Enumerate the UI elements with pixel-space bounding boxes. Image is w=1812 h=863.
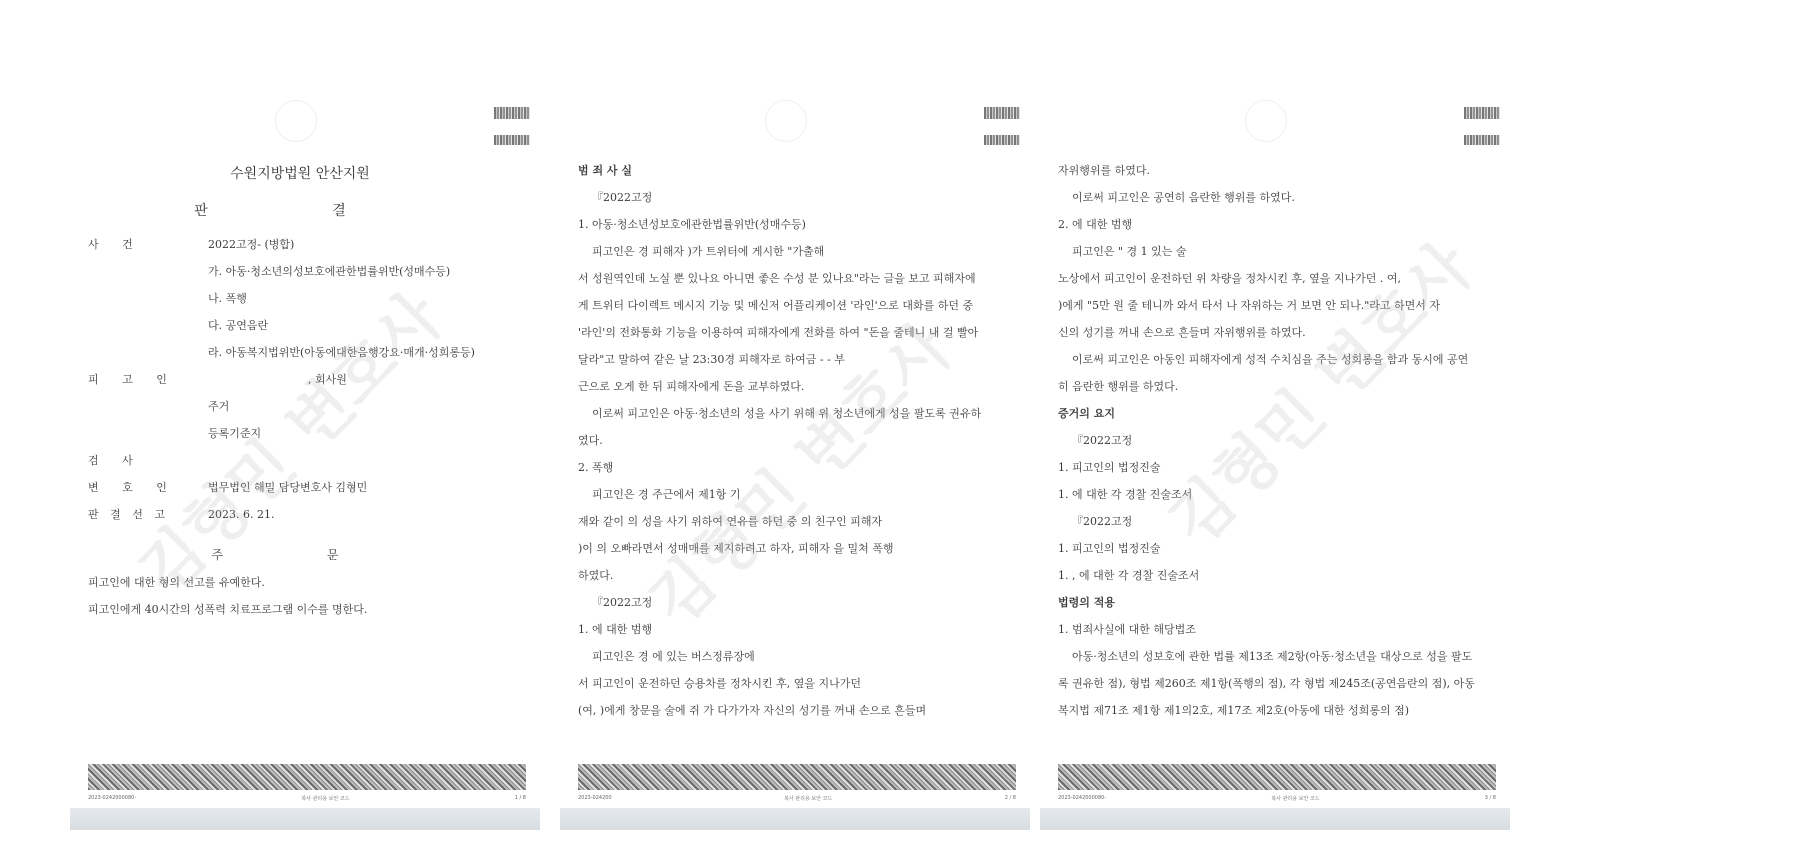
page-body: 자위행위를 하였다.이로써 피고인은 공연히 음란한 행위를 하였다.2. 에 … bbox=[1058, 157, 1482, 724]
text-line: 피고인은 경 에 있는 버스정류장에 bbox=[578, 643, 1002, 670]
page-footer: 2023-0242000080- 복사 관리용 보안 코드 3 / 8 bbox=[1058, 795, 1496, 802]
case-number: 2022고정- (병합) bbox=[208, 231, 294, 258]
court-name: 수원지방법원 안산지원 bbox=[88, 157, 512, 191]
page-footer: 2023-0242000080- 복사 관리용 보안 코드 1 / 8 bbox=[88, 795, 526, 802]
text-line: 1. 피고인의 법정진술 bbox=[1058, 535, 1482, 562]
footer-center-text: 복사 관리용 보안 코드 bbox=[1271, 795, 1319, 802]
text-line: 2. 폭행 bbox=[578, 454, 1002, 481]
text-line: 였다. bbox=[578, 427, 1002, 454]
document-number: 2023-0242000080- bbox=[1058, 795, 1106, 802]
barcode-icon bbox=[494, 135, 530, 145]
order-line: 피고인에 대한 형의 선고를 유예한다. bbox=[88, 569, 512, 596]
verdict-date-label: 판 결 선 고 bbox=[88, 501, 208, 528]
text-line: 이로써 피고인은 공연히 음란한 행위를 하였다. bbox=[1058, 184, 1482, 211]
text-line: 1. , 에 대한 각 경찰 진술조서 bbox=[1058, 562, 1482, 589]
text-line: '라인'의 전화통화 기능을 이용하여 피해자에게 전화를 하여 "돈을 줄테니… bbox=[578, 319, 1002, 346]
text-line: 히 음란한 행위를 하였다. bbox=[1058, 373, 1482, 400]
text-line: 재와 같이 의 성을 사기 위하여 연유를 하던 중 의 친구인 피해자 bbox=[578, 508, 1002, 535]
defendant-label: 피 고 인 bbox=[88, 366, 208, 393]
order-line: 피고인에게 40시간의 성폭력 치료프로그램 이수를 명한다. bbox=[88, 596, 512, 623]
text-line: 『2022고정 bbox=[578, 184, 1002, 211]
text-line: 범 죄 사 실 bbox=[578, 157, 1002, 184]
text-line: (여, )에게 창문을 술에 쥐 가 다가가자 자신의 성기를 꺼내 손으로 흔… bbox=[578, 697, 1002, 724]
text-line: 게 트위터 다이렉트 메시지 기능 및 메신저 어플리케이션 '라인'으로 대화… bbox=[578, 292, 1002, 319]
text-line: 자위행위를 하였다. bbox=[1058, 157, 1482, 184]
text-line: 피고인은 " 경 1 있는 술 bbox=[1058, 238, 1482, 265]
charge: 나. 폭행 bbox=[88, 285, 512, 312]
footer-center-text: 복사 관리용 보안 코드 bbox=[784, 795, 832, 802]
address-label: 주거 bbox=[88, 393, 512, 420]
charge: 다. 공연음란 bbox=[88, 312, 512, 339]
text-line: 1. 에 대한 각 경찰 진술조서 bbox=[1058, 481, 1482, 508]
text-line: 증거의 요지 bbox=[1058, 400, 1482, 427]
text-line: )이 의 오빠라면서 성매매를 제지하려고 하자, 피해자 을 밀쳐 폭행 bbox=[578, 535, 1002, 562]
text-line: 이로써 피고인은 아동인 피해자에게 성적 수치심을 주는 성희롱을 함과 동시… bbox=[1058, 346, 1482, 373]
text-line: 복지법 제71조 제1항 제1의2호, 제17조 제2호(아동에 대한 성희롱의… bbox=[1058, 697, 1482, 724]
document-page-2: 범 죄 사 실『2022고정1. 아동·청소년성보호에관한법률위반(성매수등)피… bbox=[560, 95, 1030, 830]
footer-center-text: 복사 관리용 보안 코드 bbox=[301, 795, 349, 802]
text-line: 서 성원역인데 노실 뿐 있나요 아니면 좋은 수성 분 있나요"라는 글을 보… bbox=[578, 265, 1002, 292]
text-line: 피고인은 경 주근에서 제1항 기 bbox=[578, 481, 1002, 508]
page-body: 범 죄 사 실『2022고정1. 아동·청소년성보호에관한법률위반(성매수등)피… bbox=[578, 157, 1002, 724]
text-line: 1. 에 대한 범행 bbox=[578, 616, 1002, 643]
barcode-icon bbox=[1464, 135, 1500, 145]
charge: 가. 아동·청소년의성보호에관한법률위반(성매수등) bbox=[88, 258, 512, 285]
text-line: 『2022고정 bbox=[1058, 427, 1482, 454]
security-band bbox=[88, 764, 526, 790]
order-title: 주 문 bbox=[88, 542, 512, 569]
document-number: 2023-024200 bbox=[578, 795, 612, 802]
charge: 라. 아동복지법위반(아동에대한음행강요·매개·성희롱등) bbox=[88, 339, 512, 366]
text-line: 달라"고 말하여 같은 날 23:30경 피해자로 하여금 - - 부 bbox=[578, 346, 1002, 373]
text-line: 록 권유한 점), 형법 제260조 제1항(폭행의 점), 각 형법 제245… bbox=[1058, 670, 1482, 697]
barcode-icon bbox=[984, 107, 1020, 119]
text-line: 피고인은 경 피해자 )가 트위터에 게시한 "가출해 bbox=[578, 238, 1002, 265]
text-line: 신의 성기를 꺼내 손으로 흔들며 자위행위를 하였다. bbox=[1058, 319, 1482, 346]
page-number: 1 / 8 bbox=[515, 795, 526, 802]
text-line: 1. 아동·청소년성보호에관한법률위반(성매수등) bbox=[578, 211, 1002, 238]
text-line: 『2022고정 bbox=[1058, 508, 1482, 535]
document-page-1: 수원지방법원 안산지원 판 결 사 건2022고정- (병합) 가. 아동·청소… bbox=[70, 95, 540, 830]
case-label: 사 건 bbox=[88, 231, 208, 258]
counsel-name: 법무법인 해밀 담당변호사 김형민 bbox=[208, 474, 367, 501]
barcode-icon bbox=[1464, 107, 1500, 119]
security-band bbox=[1058, 764, 1496, 790]
document-page-3: 자위행위를 하였다.이로써 피고인은 공연히 음란한 행위를 하였다.2. 에 … bbox=[1040, 95, 1510, 830]
barcode-icon bbox=[494, 107, 530, 119]
defendant-occupation: , 회사원 bbox=[208, 366, 347, 393]
text-line: 2. 에 대한 범행 bbox=[1058, 211, 1482, 238]
text-line: 『2022고정 bbox=[578, 589, 1002, 616]
court-emblem-icon bbox=[275, 100, 317, 142]
text-line: )에게 "5만 원 줄 테니까 와서 타서 나 자위하는 거 보면 안 되나."… bbox=[1058, 292, 1482, 319]
registry-label: 등록기준지 bbox=[88, 420, 512, 447]
text-line: 노상에서 피고인이 운전하던 위 차량을 정차시킨 후, 옆을 지나가던 . 여… bbox=[1058, 265, 1482, 292]
court-emblem-icon bbox=[765, 100, 807, 142]
prosecutor-label: 검 사 bbox=[88, 447, 208, 474]
text-line: 1. 범죄사실에 대한 해당법조 bbox=[1058, 616, 1482, 643]
text-line: 서 피고인이 운전하던 승용차를 정차시킨 후, 옆을 지나가던 bbox=[578, 670, 1002, 697]
text-line: 하였다. bbox=[578, 562, 1002, 589]
page-number: 2 / 8 bbox=[1005, 795, 1016, 802]
page-number: 3 / 8 bbox=[1485, 795, 1496, 802]
page-footer: 2023-024200 복사 관리용 보안 코드 2 / 8 bbox=[578, 795, 1016, 802]
text-line: 아동·청소년의 성보호에 관한 법률 제13조 제2항(아동·청소년을 대상으로… bbox=[1058, 643, 1482, 670]
text-line: 근으로 오게 한 뒤 피해자에게 돈을 교부하였다. bbox=[578, 373, 1002, 400]
text-line: 이로써 피고인은 아동·청소년의 성을 사기 위해 위 청소년에게 성을 팔도록… bbox=[578, 400, 1002, 427]
counsel-label: 변 호 인 bbox=[88, 474, 208, 501]
court-emblem-icon bbox=[1245, 100, 1287, 142]
document-title: 판 결 bbox=[88, 191, 512, 231]
security-band bbox=[578, 764, 1016, 790]
barcode-icon bbox=[984, 135, 1020, 145]
document-number: 2023-0242000080- bbox=[88, 795, 136, 802]
text-line: 1. 피고인의 법정진술 bbox=[1058, 454, 1482, 481]
verdict-date: 2023. 6. 21. bbox=[208, 501, 274, 528]
text-line: 법령의 적용 bbox=[1058, 589, 1482, 616]
